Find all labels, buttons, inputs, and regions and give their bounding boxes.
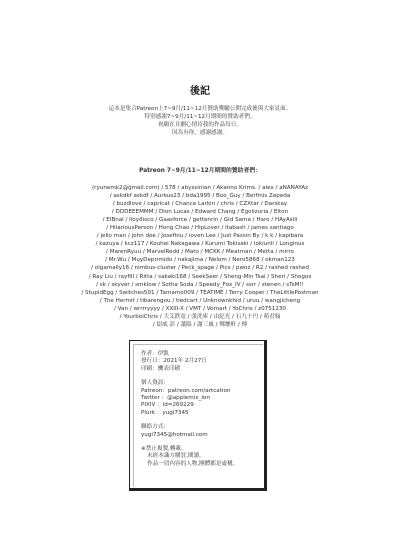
supporters-line: / The Hermit / tibarengou / tiedcart / U… [55,297,345,305]
colophon-twitter: Twitter ：@applemix_ion [141,395,238,402]
colophon-email: yugi7345@hotmail.com [141,432,238,439]
supporters-line: / MarenRyuu / MarvelRedd / Mato / MCKK /… [55,248,345,256]
intro-line: 因為有你，感謝感謝。 [0,129,400,137]
colophon-box: 作者：伊凱 發行日：2021年 2月27日 印刷：機表印刷 個人資訊： Patr… [129,340,267,491]
page-title: 後記 [0,82,400,97]
intro-paragraph: 這本是集合Patreon上7~9月/11~12月贊助獎勵公開完成後與大家見面。 … [0,105,400,137]
colophon-contact-label: 聯絡方式： [141,424,238,431]
supporters-line: / 紹威 彭 / 蕭陽 / 謝三風 / 鄭懷軒 / 傳 [55,321,345,329]
supporters-line: / Van / wrrrryyyy / XXIII-X / VMT / Voma… [55,305,345,313]
supporters-line: / jello man / john doe / Josefinu / iove… [55,232,345,240]
supporters-line: / buzdlove / capricat / Chance Larkin / … [55,200,345,208]
intro-line: 特別感謝7~9月/11~12月期間的贊助者們。 [0,113,400,121]
colophon-plurk: Plurk ：yugi7345 [141,410,238,417]
supporters-line: / askdkf askdf / Aurkus23 / bda1995 / Bo… [55,192,345,200]
supporters-line: / olgamally16 / nimbus-cluster / Peck_sp… [55,264,345,272]
colophon-content: 作者：伊凱 發行日：2021年 2月27日 印刷：機表印刷 個人資訊： Patr… [141,351,238,468]
supporters-line: / DDDEEEMMM / Dion Lucas / Edward Chang … [55,208,345,216]
supporters-list: (ryunemk2@gmail.com) / 578 / abyssinian … [55,184,345,329]
supporters-line: / sk / skyver / smklow / Sotha Soda / Sp… [55,281,345,289]
colophon-printer: 印刷：機表印刷 [141,366,238,373]
colophon-patreon: Patreon：patreon.com/artcation [141,388,238,395]
colophon-notice-line: 未經本識方購買,閱讀。 [141,453,238,460]
colophon-personal-info-label: 個人資訊： [141,380,238,387]
colophon-notice-line: 作品一切內容的人物,團體都是虛構。 [141,461,238,468]
supporters-heading: Patreon 7~9月/11~12月期間的贊助者們： [0,165,400,174]
supporters-line: / Ray Liu / rayfill / Ritta / sakaki168 … [55,273,345,281]
supporters-line: / HilariousPerson / Hong Chao / HipLover… [55,224,345,232]
supporters-line: / Mr.Wu / MuyDeprimido / nakajima / Nelo… [55,256,345,264]
colophon-release-date: 發行日：2021年 2月27日 [141,358,238,365]
supporters-line: (ryunemk2@gmail.com) / 578 / abyssinian … [55,184,345,192]
supporters-line: / kazuya / kcz117 / Kouhei Nakagawa / Ku… [55,240,345,248]
intro-line: 祝願在且劇心情待我的作品每日。 [0,121,400,129]
supporters-line: / StupidEgg / Switches501 / Tamamo009 / … [55,289,345,297]
supporters-line: / ElBnal / lloydisco / Gaasforce / gette… [55,216,345,224]
colophon-pixiv: PIXIV ：id=269229 [141,402,238,409]
supporters-line: / YourboiChris / 大艾鉄竜 / 張洗庫 / 由紀光 / 石九十円… [55,313,345,321]
intro-line: 這本是集合Patreon上7~9月/11~12月贊助獎勵公開完成後與大家見面。 [0,105,400,113]
